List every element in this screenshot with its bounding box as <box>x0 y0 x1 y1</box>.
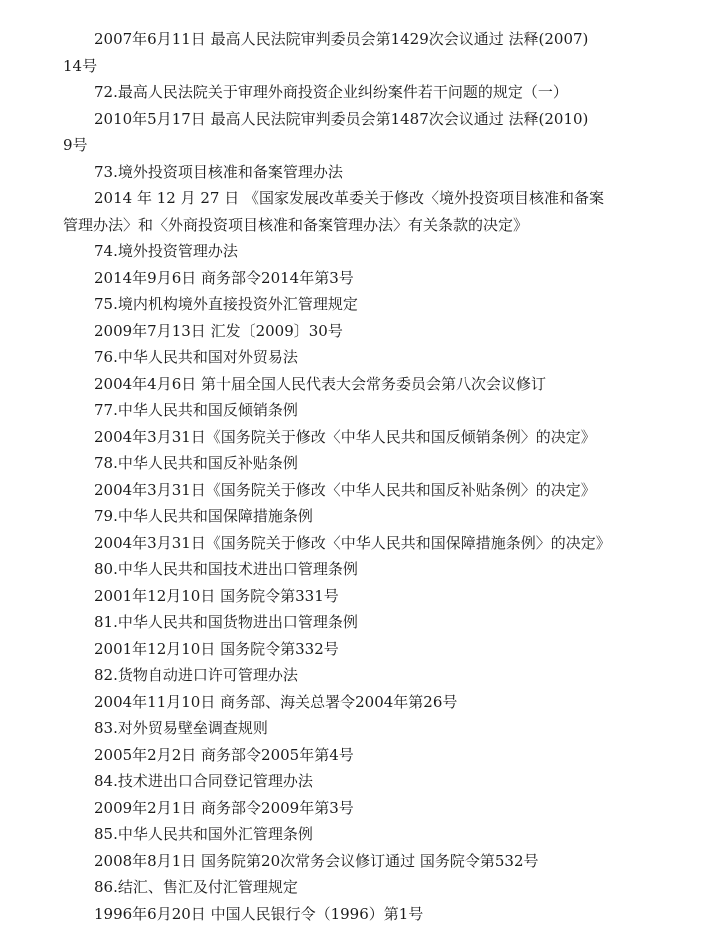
line-detail: 2004年3月31日《国务院关于修改〈中华人民共和国保障措施条例〉的决定》 <box>63 530 615 557</box>
line-detail-continued: 管理办法〉和〈外商投资项目核准和备案管理办法〉有关条款的决定》 <box>63 212 615 239</box>
line-detail: 2004年4月6日 第十届全国人民代表大会常务委员会第八次会议修订 <box>63 371 615 398</box>
line-detail: 2004年3月31日《国务院关于修改〈中华人民共和国反补贴条例〉的决定》 <box>63 477 615 504</box>
line-title: 85.中华人民共和国外汇管理条例 <box>63 821 615 848</box>
line-title: 74.境外投资管理办法 <box>63 238 615 265</box>
line-detail-continued: 9号 <box>63 132 615 159</box>
line-detail: 2009年2月1日 商务部令2009年第3号 <box>63 795 615 822</box>
line-title: 72.最高人民法院关于审理外商投资企业纠纷案件若干问题的规定（一） <box>63 79 615 106</box>
line-detail: 2005年2月2日 商务部令2005年第4号 <box>63 742 615 769</box>
line-title: 80.中华人民共和国技术进出口管理条例 <box>63 556 615 583</box>
line-title: 82.货物自动进口许可管理办法 <box>63 662 615 689</box>
line-detail: 1996年6月20日 中国人民银行令（1996）第1号 <box>63 901 615 928</box>
line-detail: 2007年6月11日 最高人民法院审判委员会第1429次会议通过 法释(2007… <box>63 26 615 53</box>
line-title: 83.对外贸易壁垒调查规则 <box>63 715 615 742</box>
line-title: 86.结汇、售汇及付汇管理规定 <box>63 874 615 901</box>
line-detail: 2001年12月10日 国务院令第332号 <box>63 636 615 663</box>
line-detail: 2010年5月17日 最高人民法院审判委员会第1487次会议通过 法释(2010… <box>63 106 615 133</box>
line-detail: 2014 年 12 月 27 日 《国家发展改革委关于修改〈境外投资项目核准和备… <box>63 185 615 212</box>
line-title: 75.境内机构境外直接投资外汇管理规定 <box>63 291 615 318</box>
line-title: 84.技术进出口合同登记管理办法 <box>63 768 615 795</box>
line-title: 73.境外投资项目核准和备案管理办法 <box>63 159 615 186</box>
line-title: 78.中华人民共和国反补贴条例 <box>63 450 615 477</box>
line-detail: 2008年8月1日 国务院第20次常务会议修订通过 国务院令第532号 <box>63 848 615 875</box>
line-detail: 2001年12月10日 国务院令第331号 <box>63 583 615 610</box>
line-detail: 2004年11月10日 商务部、海关总署令2004年第26号 <box>63 689 615 716</box>
line-detail: 2004年3月31日《国务院关于修改〈中华人民共和国反倾销条例〉的决定》 <box>63 424 615 451</box>
line-detail-continued: 14号 <box>63 53 615 80</box>
line-title: 79.中华人民共和国保障措施条例 <box>63 503 615 530</box>
document-page: 2007年6月11日 最高人民法院审判委员会第1429次会议通过 法释(2007… <box>63 26 615 927</box>
line-detail: 2014年9月6日 商务部令2014年第3号 <box>63 265 615 292</box>
line-title: 81.中华人民共和国货物进出口管理条例 <box>63 609 615 636</box>
line-detail: 2009年7月13日 汇发〔2009〕30号 <box>63 318 615 345</box>
line-title: 77.中华人民共和国反倾销条例 <box>63 397 615 424</box>
line-title: 76.中华人民共和国对外贸易法 <box>63 344 615 371</box>
